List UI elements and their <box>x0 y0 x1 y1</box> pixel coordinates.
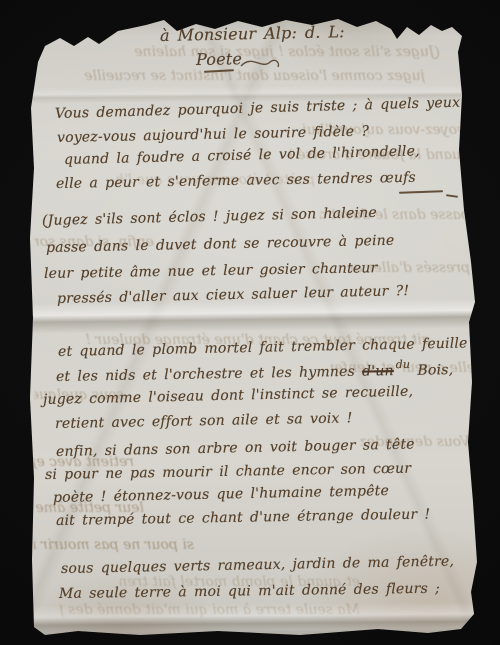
ink-underline <box>399 190 443 194</box>
poem-line: Vous demandez pourquoi je suis triste ; … <box>55 95 461 122</box>
poem-line: voyez-vous aujourd'hui le sourire fidèle… <box>57 123 369 146</box>
poem-line: (Jugez s'ils sont éclos ! jugez si son h… <box>42 205 377 229</box>
dedication-line: à Monsieur Alp: d. L: <box>160 22 345 45</box>
poem-line: jugez comme l'oiseau dont l'instinct se … <box>43 384 414 408</box>
poem-line: et quand le plomb mortel fait trembler c… <box>58 335 468 360</box>
bleed-through-line: si pour ne pas mourir il chante encor so… <box>34 535 194 555</box>
poem-line: pressés d'aller aux cieux saluer leur au… <box>57 283 410 307</box>
poem-line: passe dans le duvet dont se recouvre à p… <box>46 233 395 256</box>
bleed-through-line: Ma seule terre à moi qui m'ait donné des… <box>60 600 360 620</box>
poem-line: leur petite âme nue et leur gosier chant… <box>44 260 378 282</box>
poem-line: ait trempé tout ce chant d'une étrange d… <box>56 506 431 529</box>
fold-crease <box>30 602 476 632</box>
line-text: et les nids et l'orchestre et les hymnes <box>56 364 355 385</box>
poem-line: retient avec effort son aile et sa voix … <box>55 410 353 432</box>
ink-underline <box>204 69 234 73</box>
struck-word: d'un <box>362 363 394 380</box>
line-text: Bois, <box>417 362 453 379</box>
poem-line: elle a peur et s'enferme avec ses tendre… <box>56 170 416 192</box>
poem-line: enfin, si dans son arbre on voit bouger … <box>56 436 415 460</box>
ink-dash <box>446 194 458 198</box>
pen-flourish <box>240 54 282 74</box>
poem-line: Ma seule terre à moi qui m'ait donné des… <box>59 581 440 602</box>
poem-line: si pour ne pas mourir il chante encor so… <box>45 461 411 483</box>
photo-background: (Jugez s'ils sont éclos ! jugez si son h… <box>0 0 500 645</box>
poem-line: poète ! étonnez-vous que l'humaine tempê… <box>53 483 389 506</box>
poem-line: quand la foudre a croisé le vol de l'hir… <box>64 143 420 168</box>
addressee-title: Poete <box>196 49 242 69</box>
manuscript-page: (Jugez s'ils sont éclos ! jugez si son h… <box>0 0 500 645</box>
poem-line: sous quelques verts rameaux, jardin de m… <box>61 553 454 577</box>
poem-line-with-correction: et les nids et l'orchestre et les hymnes… <box>56 362 454 385</box>
inserted-word: du <box>396 358 411 371</box>
